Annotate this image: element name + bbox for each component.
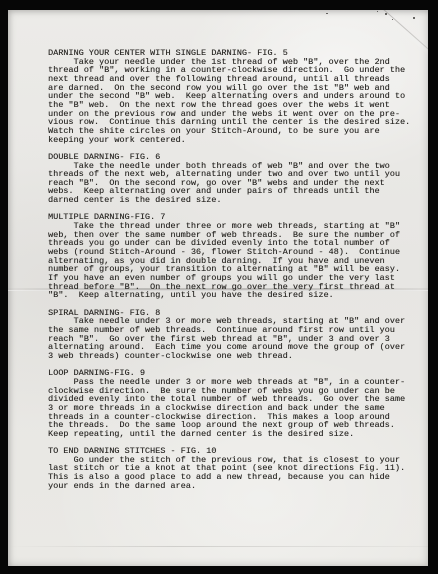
paper-speck — [392, 19, 393, 20]
paper-fold-crease-bottom — [8, 546, 428, 547]
section-body: Take the thread under three or more web … — [48, 222, 424, 300]
paper-speck — [326, 13, 328, 14]
scan-frame: DARNING YOUR CENTER WITH SINGLE DARNING-… — [0, 0, 438, 574]
document-section: LOOP DARNING-FIG. 9 Pass the needle unde… — [48, 369, 424, 438]
paper-speck — [413, 17, 415, 19]
document-section: MULTIPLE DARNING-FIG. 7 Take the thread … — [48, 213, 424, 300]
section-body: Take needle under 3 or more web threads,… — [48, 317, 424, 360]
document-section: TO END DARNING STITCHES - FIG. 10 Go und… — [48, 447, 424, 490]
document-sections: DARNING YOUR CENTER WITH SINGLE DARNING-… — [48, 49, 424, 490]
paper-speck — [377, 11, 378, 12]
section-body: Go under the stitch of the previous row,… — [48, 456, 424, 491]
scanned-page: DARNING YOUR CENTER WITH SINGLE DARNING-… — [8, 10, 428, 566]
document-section: DARNING YOUR CENTER WITH SINGLE DARNING-… — [48, 49, 424, 144]
section-body: Take the needle under both threads of we… — [48, 162, 424, 205]
paper-speck — [385, 13, 387, 15]
document-section: SPIRAL DARNING- FIG. 8 Take needle under… — [48, 309, 424, 361]
section-body: Pass the needle under 3 or more web thre… — [48, 378, 424, 439]
section-body: Take your needle under the 1st thread of… — [48, 58, 424, 145]
document-section: DOUBLE DARNING- FIG. 6 Take the needle u… — [48, 153, 424, 205]
